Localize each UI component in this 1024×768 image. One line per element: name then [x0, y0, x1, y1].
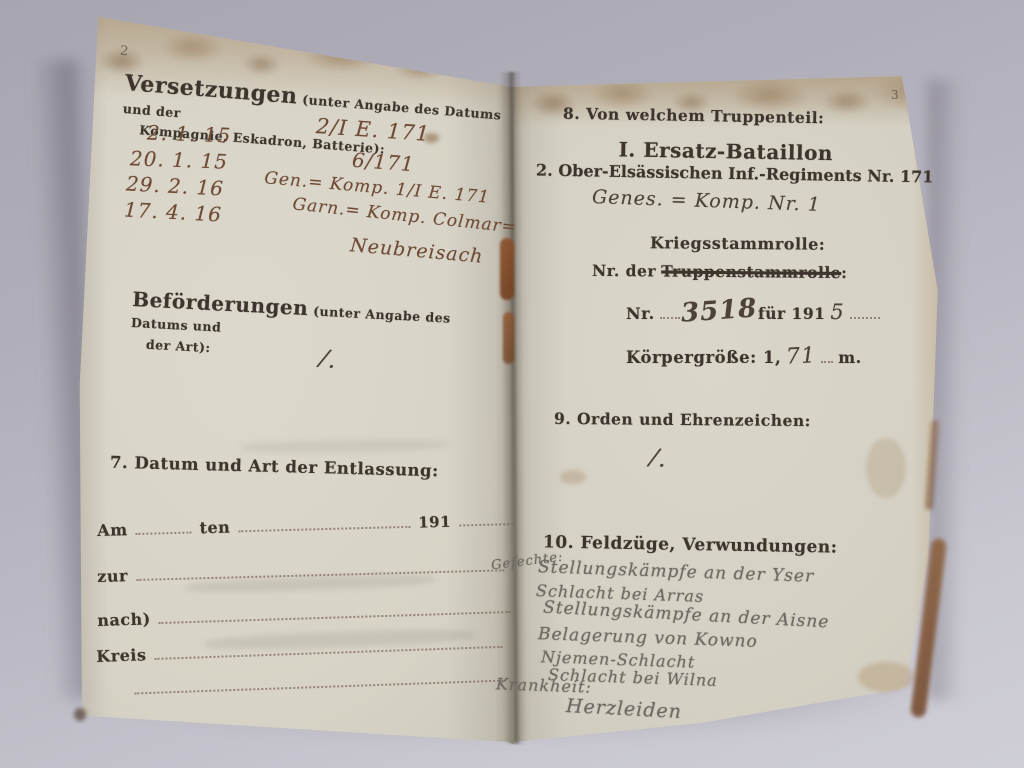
truppenstammrolle-struck: Truppenstammrolle [661, 261, 841, 282]
form-label-zur: zur [97, 567, 128, 587]
stammrolle-nr-der-row: Nr. der Truppenstammrolle: [592, 261, 848, 282]
koerpergroesse-row: Körpergröße: 1, 71 m. [626, 344, 862, 369]
dotted-line [660, 303, 680, 319]
form-label-kreis: Kreis [96, 646, 147, 667]
nr-label: Nr. [626, 304, 655, 323]
stain-spot [866, 438, 906, 498]
koerpergroesse-label: Körpergröße: 1, [626, 348, 781, 367]
dotted-line [821, 347, 833, 363]
form-label-ten: ten [199, 518, 230, 538]
transfer-entry-date: 2. 1. 15 [147, 121, 232, 148]
stammrolle-number: 3518 [680, 293, 758, 328]
meter-label: m. [838, 348, 862, 367]
befoerderungen-note-line2: der Art): [146, 337, 211, 355]
koerpergroesse-value: 71 [786, 343, 817, 370]
transfer-entry-date: 17. 4. 16 [123, 197, 222, 226]
form-label-am: Am [97, 521, 128, 541]
transfer-entry-unit: 6/171 [351, 148, 415, 176]
stain-spot [74, 708, 86, 721]
section-orden-heading: 9. Orden und Ehrenzeichen: [554, 409, 811, 430]
fuer-year-label: für 191 [758, 304, 825, 323]
colon: : [841, 263, 847, 282]
kriegsstammrolle-heading: Kriegsstammrolle: [650, 233, 825, 254]
dotted-line [459, 509, 513, 527]
book-gutter [500, 72, 527, 744]
binding-stitch-stain [500, 238, 514, 300]
stain-spot [560, 470, 586, 484]
unit-line1-text: I. Ersatz-Bataillon [618, 137, 833, 165]
page-number-right: 3 [891, 88, 899, 102]
dotted-line [135, 518, 191, 536]
dotted-line [238, 512, 410, 533]
illness-label: Krankheit: [496, 674, 592, 696]
nr-der-label: Nr. der [592, 261, 656, 281]
year-digit: 5 [830, 300, 844, 324]
form-label-nach: nach) [97, 610, 151, 631]
stain-spot [858, 662, 914, 692]
militaerpass-photo: 2 Versetzungen (unter Angabe des Datums … [0, 0, 1024, 768]
form-label-year: 191 [418, 513, 451, 532]
transfer-entry-date: 20. 1. 15 [130, 146, 229, 173]
dotted-line [850, 303, 880, 319]
transfer-entry-date: 29. 2. 16 [125, 171, 224, 200]
stammrolle-number-row: Nr. 3518 für 191 5 [626, 296, 880, 326]
